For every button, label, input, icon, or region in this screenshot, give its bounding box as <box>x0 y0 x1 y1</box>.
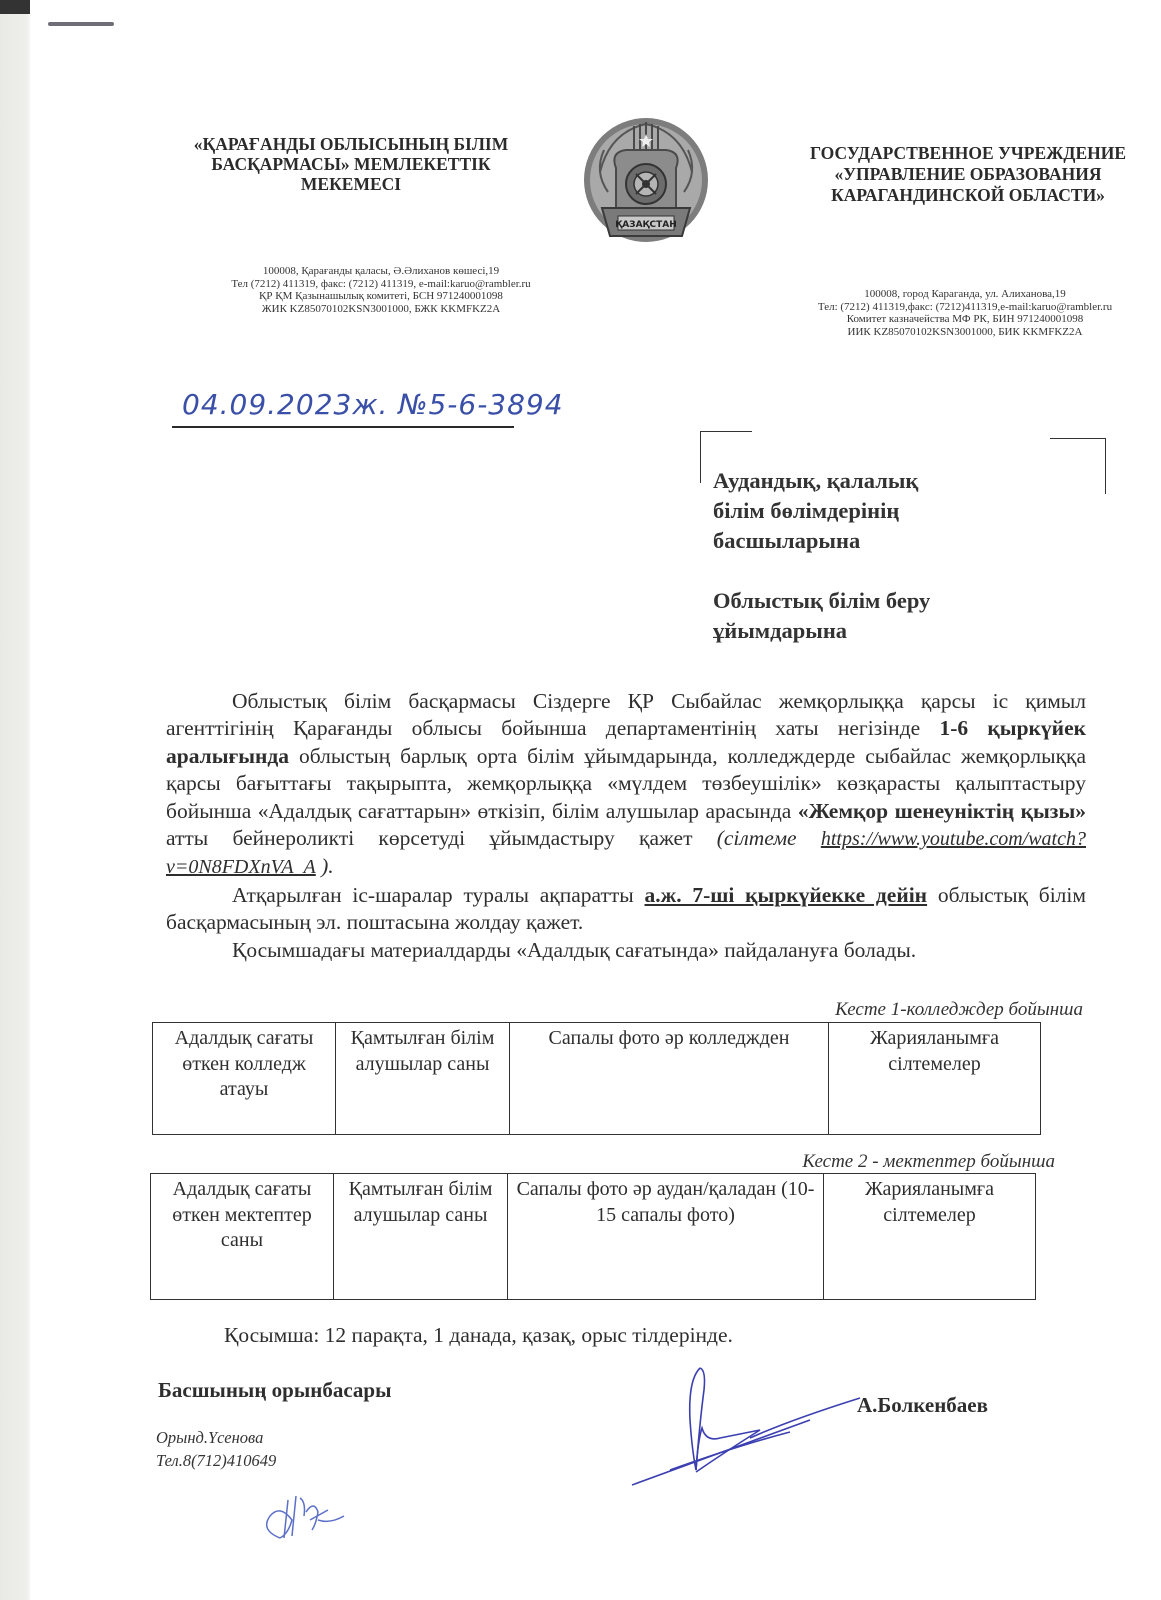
executor-name: Орынд.Үсенова <box>156 1426 276 1449</box>
bracket-corner-top-left <box>700 431 752 432</box>
paragraph-3: Қосымшадағы материалдарды «Адалдық сағат… <box>166 937 1086 964</box>
letterhead-russian-address: 100008, город Караганда, ул. Алиханова,1… <box>790 288 1140 338</box>
title-line: ГОСУДАРСТВЕННОЕ УЧРЕЖДЕНИЕ <box>788 143 1148 164</box>
deadline-emphasis: а.ж. 7-ші қыркүйекке дейін <box>645 883 928 907</box>
executor-info: Орынд.Үсенова Тел.8(712)410649 <box>156 1426 276 1472</box>
address-line: Комитет казначейства МФ РК, БИН 97124000… <box>790 313 1140 326</box>
bracket-corner-top-right <box>1105 438 1106 494</box>
signatory-name: А.Болкенбаев <box>857 1393 988 1418</box>
address-line: ЖИК KZ85070102KSN3001000, БЖК KKMFKZ2A <box>190 303 572 316</box>
recipient-line: ұйымдарына <box>713 616 1073 646</box>
title-line: «УПРАВЛЕНИЕ ОБРАЗОВАНИЯ <box>788 164 1148 185</box>
table-header-row: Адалдық сағаты өткен мектептер саны Қамт… <box>151 1174 1036 1300</box>
bracket-corner-top-right <box>1050 438 1106 439</box>
title-line: КАРАГАНДИНСКОЙ ОБЛАСТИ» <box>788 185 1148 206</box>
table-header-cell: Сапалы фото әр колледжден <box>510 1023 829 1135</box>
paragraph-2: Атқарылған іс-шаралар туралы ақпаратты а… <box>166 882 1086 937</box>
table-2-caption: Кесте 2 - мектептер бойынша <box>802 1151 1055 1173</box>
scan-edge-top <box>0 0 30 14</box>
address-line: Тел: (7212) 411319,факс: (7212)411319,e-… <box>790 301 1140 314</box>
letterhead-kazakh-title: «ҚАРАҒАНДЫ ОБЛЫСЫНЫҢ БІЛІМ БАСҚАРМАСЫ» М… <box>165 134 537 194</box>
svg-text:ҚАЗАҚСТАН: ҚАЗАҚСТАН <box>615 220 677 230</box>
address-line: Тел (7212) 411319, факс: (7212) 411319, … <box>190 278 572 291</box>
title-line: БАСҚАРМАСЫ» МЕМЛЕКЕТТІК <box>165 154 537 174</box>
recipient-line: басшыларына <box>713 526 1073 556</box>
paragraph-1: Облыстық білім басқармасы Сіздерге ҚР Сы… <box>166 688 1086 882</box>
recipient-line: Облыстық білім беру <box>713 586 1073 616</box>
table-1-caption: Кесте 1-колледждер бойынша <box>835 999 1083 1021</box>
state-emblem-icon: ҚАЗАҚСТАН <box>580 112 712 252</box>
table-header-cell: Қамтылған білім алушылар саны <box>336 1023 510 1135</box>
table-header-cell: Сапалы фото әр аудан/қаладан (10-15 сапа… <box>508 1174 824 1300</box>
signatory-title: Басшының орынбасары <box>158 1378 392 1403</box>
table-header-cell: Қамтылған білім алушылар саны <box>334 1174 508 1300</box>
video-title-emphasis: «Жемқор шенеуніктің қызы» <box>798 799 1086 823</box>
table-colleges: Адалдық сағаты өткен колледж атауы Қамты… <box>152 1022 1041 1135</box>
address-line: ИИК KZ85070102KSN3001000, БИК KKMFKZ2A <box>790 326 1140 339</box>
recipients-block: Аудандық, қалалық білім бөлімдерінің бас… <box>713 466 1073 646</box>
table-header-cell: Адалдық сағаты өткен колледж атауы <box>153 1023 336 1135</box>
table-header-cell: Жарияланымға сілтемелер <box>824 1174 1036 1300</box>
title-line: «ҚАРАҒАНДЫ ОБЛЫСЫНЫҢ БІЛІМ <box>165 134 537 154</box>
recipient-line: білім бөлімдерінің <box>713 496 1073 526</box>
table-header-cell: Адалдық сағаты өткен мектептер саны <box>151 1174 334 1300</box>
address-line: ҚР ҚМ Қазынашылық комитеті, БСН 97124000… <box>190 290 572 303</box>
handwritten-initials-icon <box>258 1490 348 1540</box>
table-header-cell: Жарияланымға сілтемелер <box>829 1023 1041 1135</box>
registration-underline <box>172 426 514 428</box>
scan-edge <box>0 0 30 1600</box>
letterhead-kazakh-address: 100008, Қарағанды қаласы, Ә.Әлиханов көш… <box>190 265 572 315</box>
annex-note: Қосымша: 12 парақта, 1 данада, қазақ, ор… <box>224 1323 733 1348</box>
address-line: 100008, город Караганда, ул. Алиханова,1… <box>790 288 1140 301</box>
recipient-line: Аудандық, қалалық <box>713 466 1073 496</box>
executor-phone: Тел.8(712)410649 <box>156 1449 276 1472</box>
letterhead-russian-title: ГОСУДАРСТВЕННОЕ УЧРЕЖДЕНИЕ «УПРАВЛЕНИЕ О… <box>788 143 1148 206</box>
table-schools: Адалдық сағаты өткен мектептер саны Қамт… <box>150 1173 1036 1300</box>
registration-handwritten: 04.09.2023ж. №5-6-3894 <box>182 388 564 421</box>
handwritten-signature-icon <box>630 1360 880 1495</box>
scan-mark <box>48 22 114 26</box>
letter-body: Облыстық білім басқармасы Сіздерге ҚР Сы… <box>166 688 1086 964</box>
registration-stamp: 04.09.2023ж. №5-6-3894 <box>172 388 582 432</box>
address-line: 100008, Қарағанды қаласы, Ә.Әлиханов көш… <box>190 265 572 278</box>
title-line: МЕКЕМЕСІ <box>165 174 537 194</box>
table-header-row: Адалдық сағаты өткен колледж атауы Қамты… <box>153 1023 1041 1135</box>
bracket-corner-top-left <box>700 431 701 483</box>
